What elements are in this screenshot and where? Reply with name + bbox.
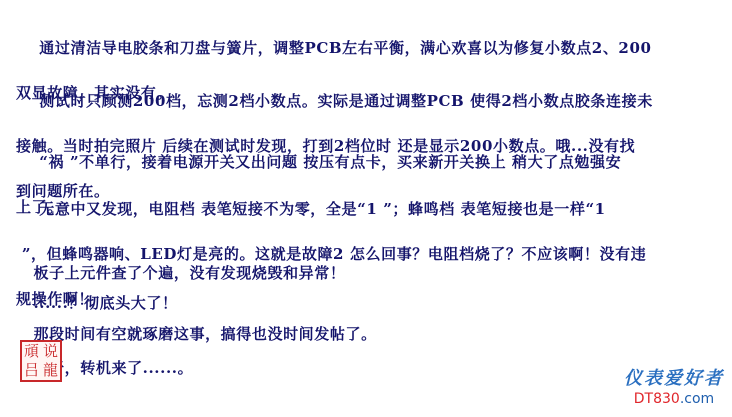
text-line: 通过清洁导电胶条和刀盘与簧片，调整PCB左右平衡，满心欢喜以为修复小数点2、20…: [16, 41, 716, 56]
watermark-chinese: 仪表爱好者: [618, 368, 730, 390]
text-line: “祸 ”不单行，接着电源开关又出问题 按压有点卡，买来新开关换上 稍大了点勉强安: [16, 155, 716, 170]
text-line: 终于，转机来了......。: [16, 361, 716, 376]
watermark-site: DT830.com: [618, 390, 730, 408]
seal-stamp-icon: 頑 说 吕 龍: [20, 340, 62, 382]
text-line: 测试时只顾测200档，忘测2档小数点。实际是通过调整PCB 使得2档小数点胶条连…: [16, 94, 716, 109]
stamp-char: 頑: [22, 342, 41, 361]
stamp-char: 龍: [41, 361, 60, 380]
text-line: 无意中又发现，电阻档 表笔短接不为零，全是“1 ”；蜂鸣档 表笔短接也是一样“1: [16, 202, 716, 217]
watermark-logo: 仪表爱好者 DT830.com: [618, 368, 730, 408]
watermark-site-tld: .com: [680, 391, 714, 407]
watermark-site-name: DT830: [634, 391, 680, 407]
stamp-char: 说: [41, 342, 60, 361]
stamp-char: 吕: [22, 361, 41, 380]
paragraph-8: 终于，转机来了......。: [16, 331, 716, 406]
document-body: 通过清洁导电胶条和刀盘与簧片，调整PCB左右平衡，满心欢喜以为修复小数点2、20…: [0, 0, 732, 417]
